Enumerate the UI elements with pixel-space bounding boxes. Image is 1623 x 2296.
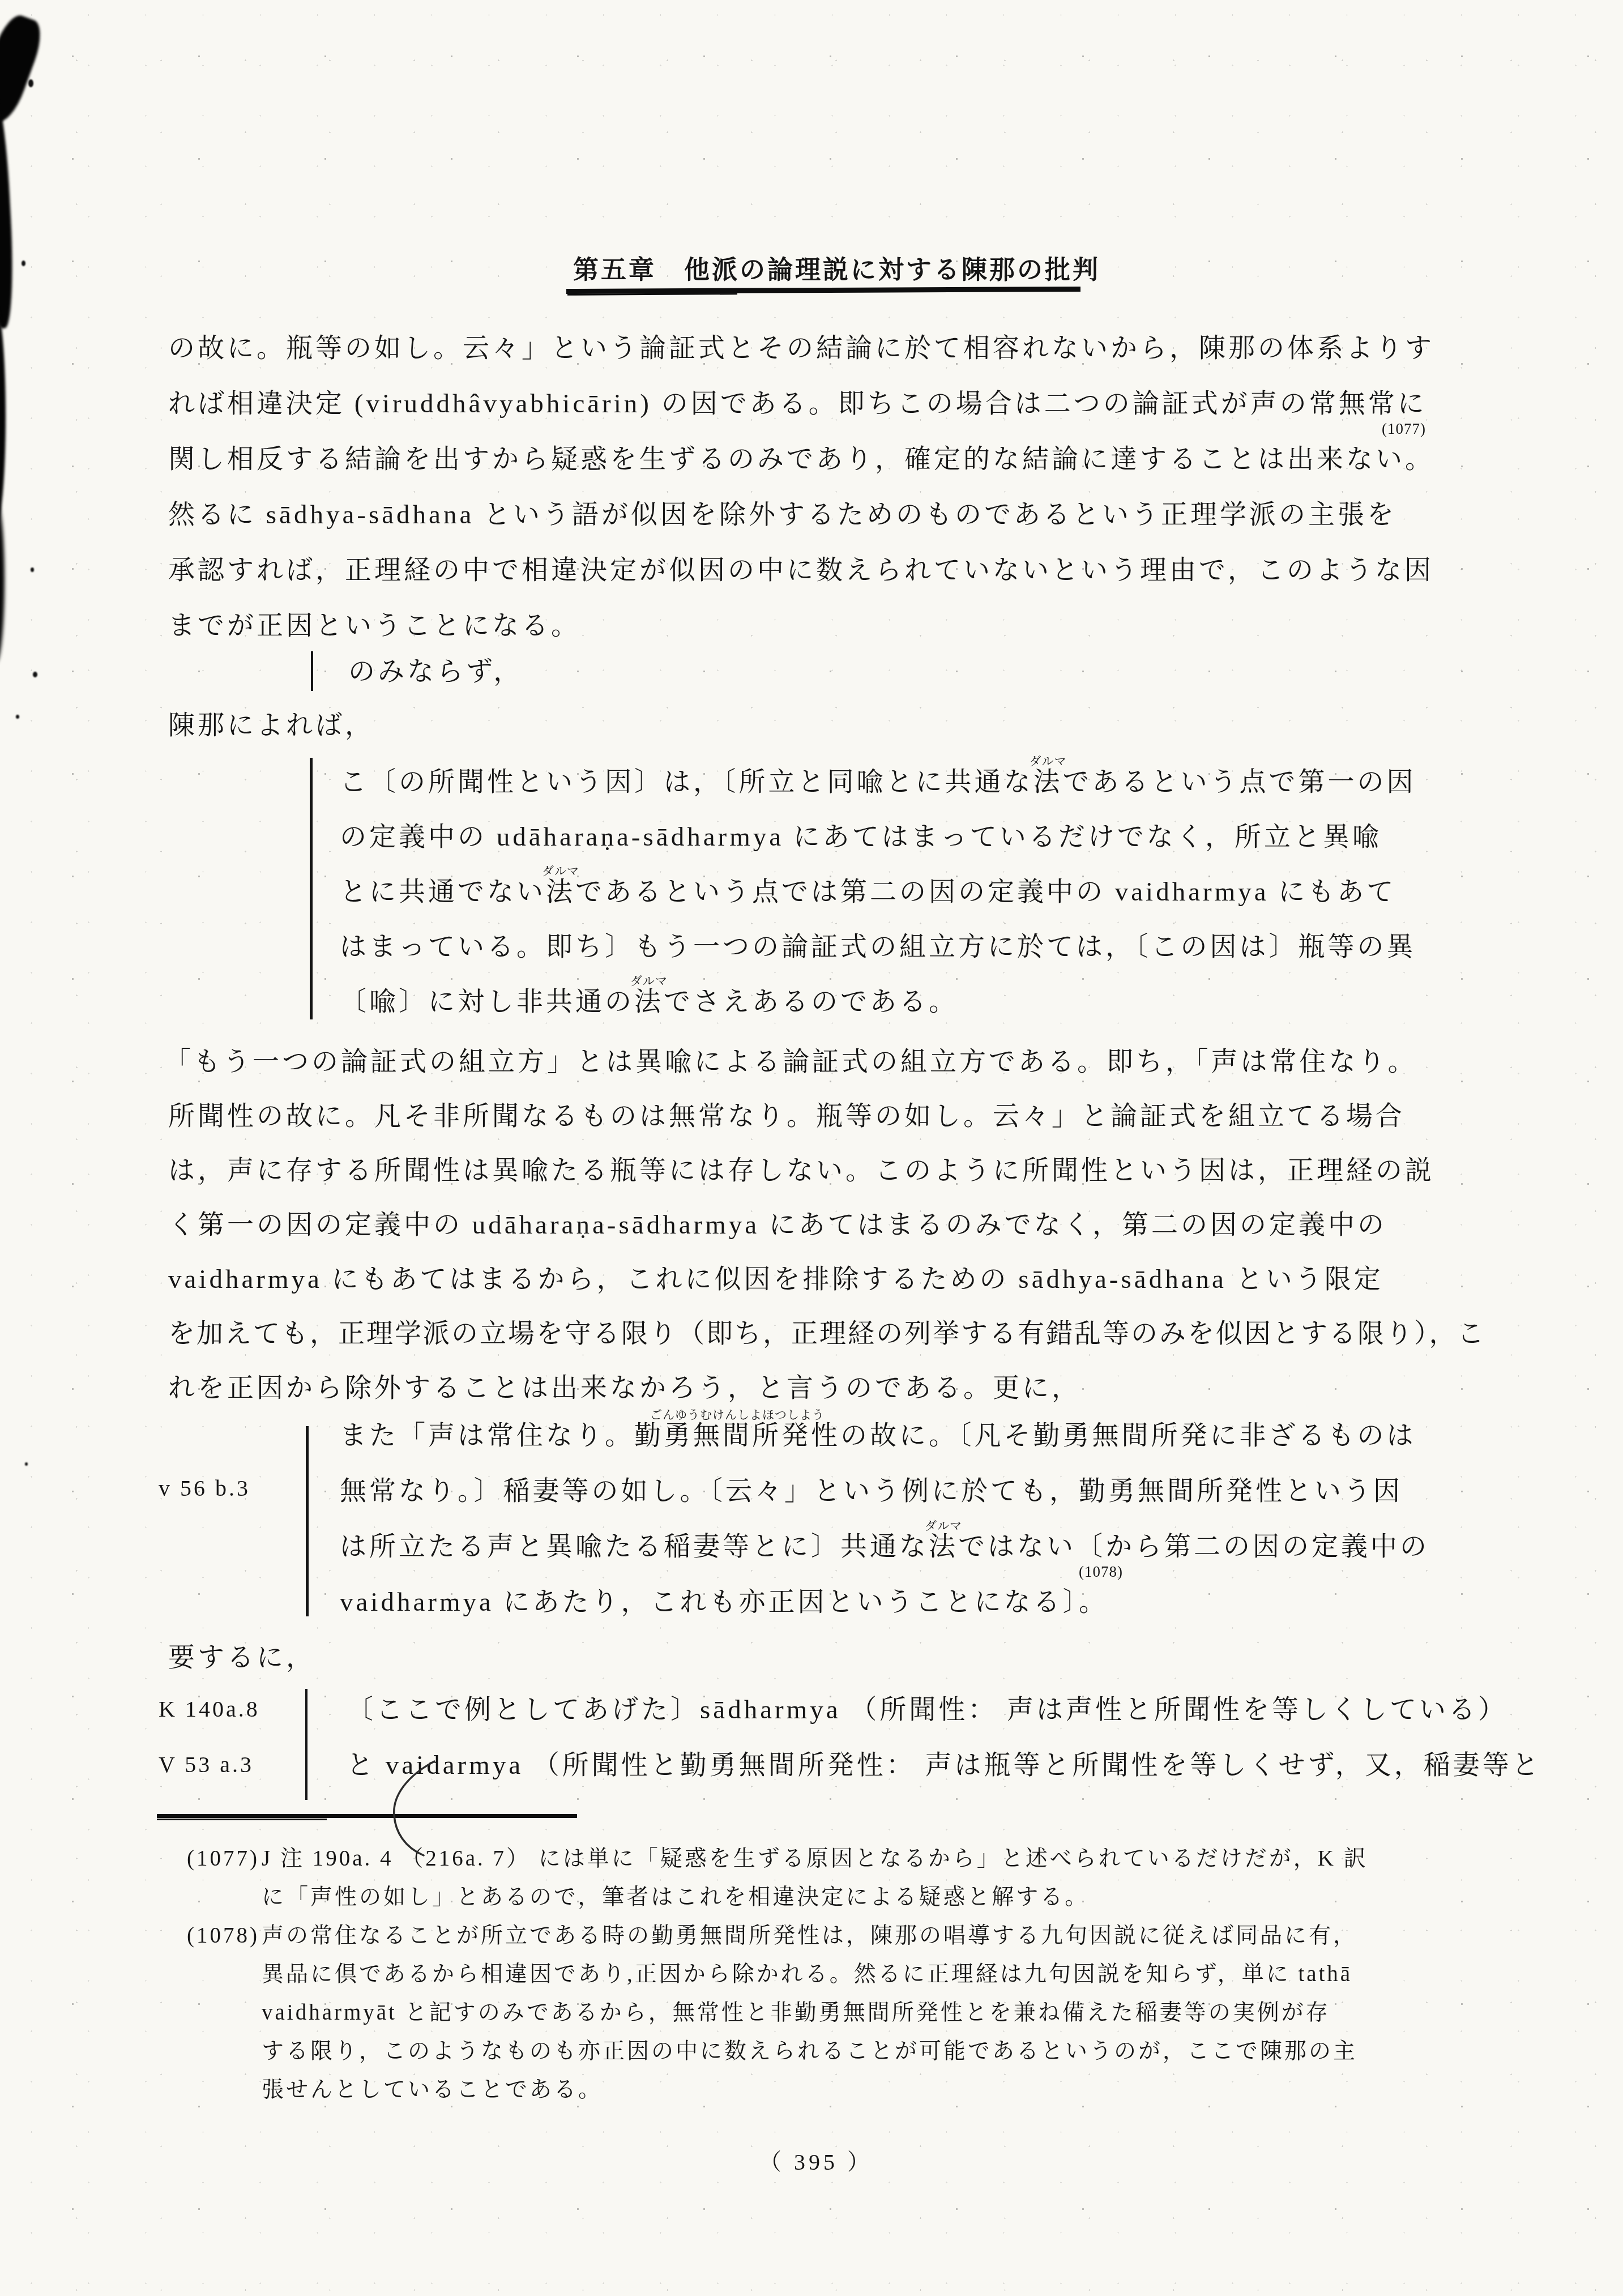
scan-artifact bbox=[0, 84, 16, 329]
scan-artifact bbox=[31, 567, 34, 572]
ruby-base: 法ダルマ bbox=[634, 985, 664, 1019]
ruby-annotation: ダルマ bbox=[630, 975, 668, 987]
text-line: を加えても，正理学派の立場を守る限り（即ち，正理経の列挙する有錯乱等のみを似因と… bbox=[168, 1317, 1486, 1351]
quote-line: とに共通でない法ダルマであるという点では第二の因の定義中の vaidharmya… bbox=[340, 875, 1396, 909]
scan-artifact bbox=[0, 306, 6, 527]
text-line: vaidharmya にもあてはまるから，これに似因を排除するための sādhy… bbox=[168, 1262, 1383, 1296]
scan-artifact bbox=[25, 1462, 28, 1466]
footnote-line: 異品に倶であるから相違因であり,正因から除かれる。然るに正理経は九句因説を知らず… bbox=[262, 1960, 1352, 1988]
footnote-line: 声の常住なることが所立である時の勤勇無間所発性は，陳那の唱導する九句因説に従えば… bbox=[262, 1922, 1357, 1950]
text-line: れば相違決定 (viruddhâvyabhicārin) の因である。即ちこの場… bbox=[168, 387, 1427, 421]
text-line: く第一の因の定義中の udāharaṇa-sādharmya にあてはまるのみで… bbox=[168, 1208, 1387, 1242]
text-line: 然るに sādhya-sādhana という語が似因を除外するためのものであると… bbox=[168, 498, 1396, 532]
scan-artifact bbox=[16, 715, 19, 719]
lead-in-line: 陳那によれば， bbox=[168, 709, 374, 742]
quote-bar bbox=[305, 1689, 307, 1800]
ruby-annotation: ダルマ bbox=[925, 1520, 962, 1532]
text-line: までが正因ということになる。 bbox=[168, 609, 580, 643]
text-line: は，声に存する所聞性は異喩たる瓶等には存しない。このように所聞性という因は，正理… bbox=[168, 1154, 1434, 1188]
scan-artifact bbox=[0, 498, 5, 663]
margin-label-k140a8: K 140a.8 bbox=[159, 1696, 260, 1722]
summary-line: と vaidarmya （所聞性と勤勇無間所発性： 声は瓶等と所聞性を等しくせず… bbox=[347, 1748, 1541, 1782]
quote-line: は所立たる声と異喩たる稲妻等とに〕共通な法ダルマではない〔から第二の因の定義中の bbox=[340, 1530, 1429, 1564]
quote-line: 無常なり。〕稲妻等の如し。〔云々」という例に於ても，勤勇無間所発性という因 bbox=[340, 1474, 1403, 1508]
handwritten-mark bbox=[374, 1747, 459, 1872]
text-line: 所聞性の故に。凡そ非所聞なるものは無常なり。瓶等の如し。云々」と論証式を組立てる… bbox=[168, 1099, 1405, 1133]
footnote-line: 張せんとしていることである。 bbox=[262, 2076, 603, 2104]
ruby-base: 勤勇無間所発性ごんゆうむけんしよほつしよう bbox=[634, 1419, 840, 1453]
ruby-annotation: ダルマ bbox=[542, 865, 579, 877]
quote-line: また「声は常住なり。勤勇無間所発性ごんゆうむけんしよほつしようの故に。〔凡そ勤勇… bbox=[340, 1419, 1416, 1453]
quote-bar bbox=[306, 1426, 309, 1616]
footnote-separator-stroke bbox=[157, 1819, 327, 1820]
text-line: 承認すれば，正理経の中で相違決定が似因の中に数えられていないという理由で，このよ… bbox=[168, 553, 1434, 587]
quote-line: vaidharmya にあたり，これも亦正因ということになる〕。 bbox=[340, 1585, 1108, 1619]
chapter-header-underline bbox=[566, 287, 1080, 294]
footnote-separator bbox=[157, 1814, 577, 1818]
footnote-line: に「声性の如し」とあるので，筆者はこれを相違決定による疑惑と解する。 bbox=[262, 1883, 1089, 1911]
footnote-line: する限り，このようなものも亦正因の中に数えられることが可能であるというのが，ここ… bbox=[262, 2037, 1357, 2065]
footnote-line: vaidharmyāt と記すのみであるから，無常性と非勤勇無間所発性とを兼ね備… bbox=[262, 1999, 1330, 2027]
footnote-ref-1077: (1077) bbox=[1382, 420, 1426, 438]
summary-lead-line: 要するに， bbox=[168, 1641, 315, 1675]
chapter-header-underline-stroke bbox=[567, 293, 737, 296]
scan-artifact bbox=[0, 11, 48, 126]
quote-line: こ〔の所聞性という因〕は，〔所立と同喩とに共通な法ダルマであるという点で第一の因 bbox=[340, 765, 1416, 799]
margin-label-v53a3: V 53 a.3 bbox=[159, 1751, 254, 1778]
text-line: の故に。瓶等の如し。云々」という論証式とその結論に於て相容れないから，陳那の体系… bbox=[168, 331, 1434, 365]
scanned-page: { "colors": { "paper": "#f9f8f3", "ink":… bbox=[0, 0, 1623, 2296]
quote-line: の定義中の udāharaṇa-sādharmya にあてはまっているだけでなく… bbox=[340, 820, 1382, 854]
ruby-annotation: ダルマ bbox=[1030, 756, 1067, 767]
quote-bar bbox=[311, 651, 313, 691]
quote-line: はまっている。即ち〕もう一つの論証式の組立方に於ては，〔この因は〕瓶等の異 bbox=[340, 930, 1416, 964]
summary-line: 〔ここで例としてあげた〕sādharmya （所聞性： 声は声性と所聞性を等しく… bbox=[347, 1693, 1507, 1727]
ruby-base: 法ダルマ bbox=[546, 875, 575, 909]
ruby-base: 法ダルマ bbox=[1033, 765, 1063, 799]
scan-artifact bbox=[33, 672, 37, 677]
chapter-header: 第五章 他派の論理説に対する陳那の批判 bbox=[573, 249, 1100, 286]
text-line: 「もう一つの論証式の組立方」とは異喩による論証式の組立方である。即ち，「声は常住… bbox=[164, 1045, 1417, 1079]
quote-line: 〔喩〕に対し非共通の法ダルマでさえあるのである。 bbox=[340, 985, 958, 1019]
margin-label-v56b3: v 56 b.3 bbox=[159, 1475, 250, 1501]
text-line: 関し相反する結論を出すから疑惑を生ずるのみであり，確定的な結論に達することは出来… bbox=[168, 442, 1434, 476]
ruby-annotation: ごんゆうむけんしよほつしよう bbox=[650, 1409, 825, 1421]
page-number: （ 395 ） bbox=[759, 2144, 873, 2176]
interjection-line: のみならず， bbox=[348, 655, 523, 689]
ruby-base: 法ダルマ bbox=[929, 1530, 958, 1564]
footnote-ref-1078: (1078) bbox=[1079, 1563, 1123, 1581]
footnote-label: (1077) bbox=[187, 1845, 259, 1873]
scan-artifact bbox=[22, 261, 25, 266]
quote-bar bbox=[310, 758, 313, 1019]
text-line: れを正因から除外することは出来なかろう，と言うのである。更に， bbox=[168, 1371, 1081, 1405]
footnote-label: (1078) bbox=[187, 1922, 259, 1950]
scan-artifact bbox=[28, 79, 33, 87]
